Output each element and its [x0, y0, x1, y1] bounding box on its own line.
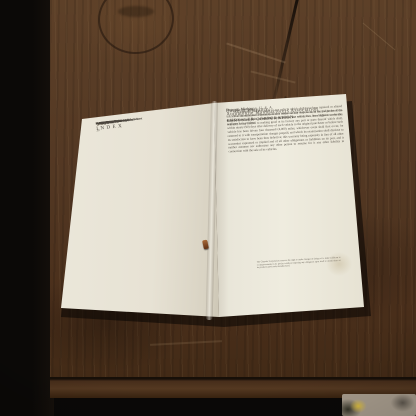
page-folio: 30	[96, 129, 99, 132]
photo-of-open-booklet: INDEX Subject Page General Data Inside o…	[0, 0, 416, 416]
index-page-content: INDEX Subject Page General Data Inside o…	[96, 114, 218, 295]
index-entry-page: 30	[96, 122, 99, 126]
paper-stain	[326, 252, 352, 276]
ring-stain-smudge	[118, 6, 154, 17]
dark-background-strip	[0, 0, 54, 416]
floor-debris-patch	[342, 394, 416, 416]
warranty-page-content: Automobile Manufacturers Association Uni…	[226, 101, 353, 307]
